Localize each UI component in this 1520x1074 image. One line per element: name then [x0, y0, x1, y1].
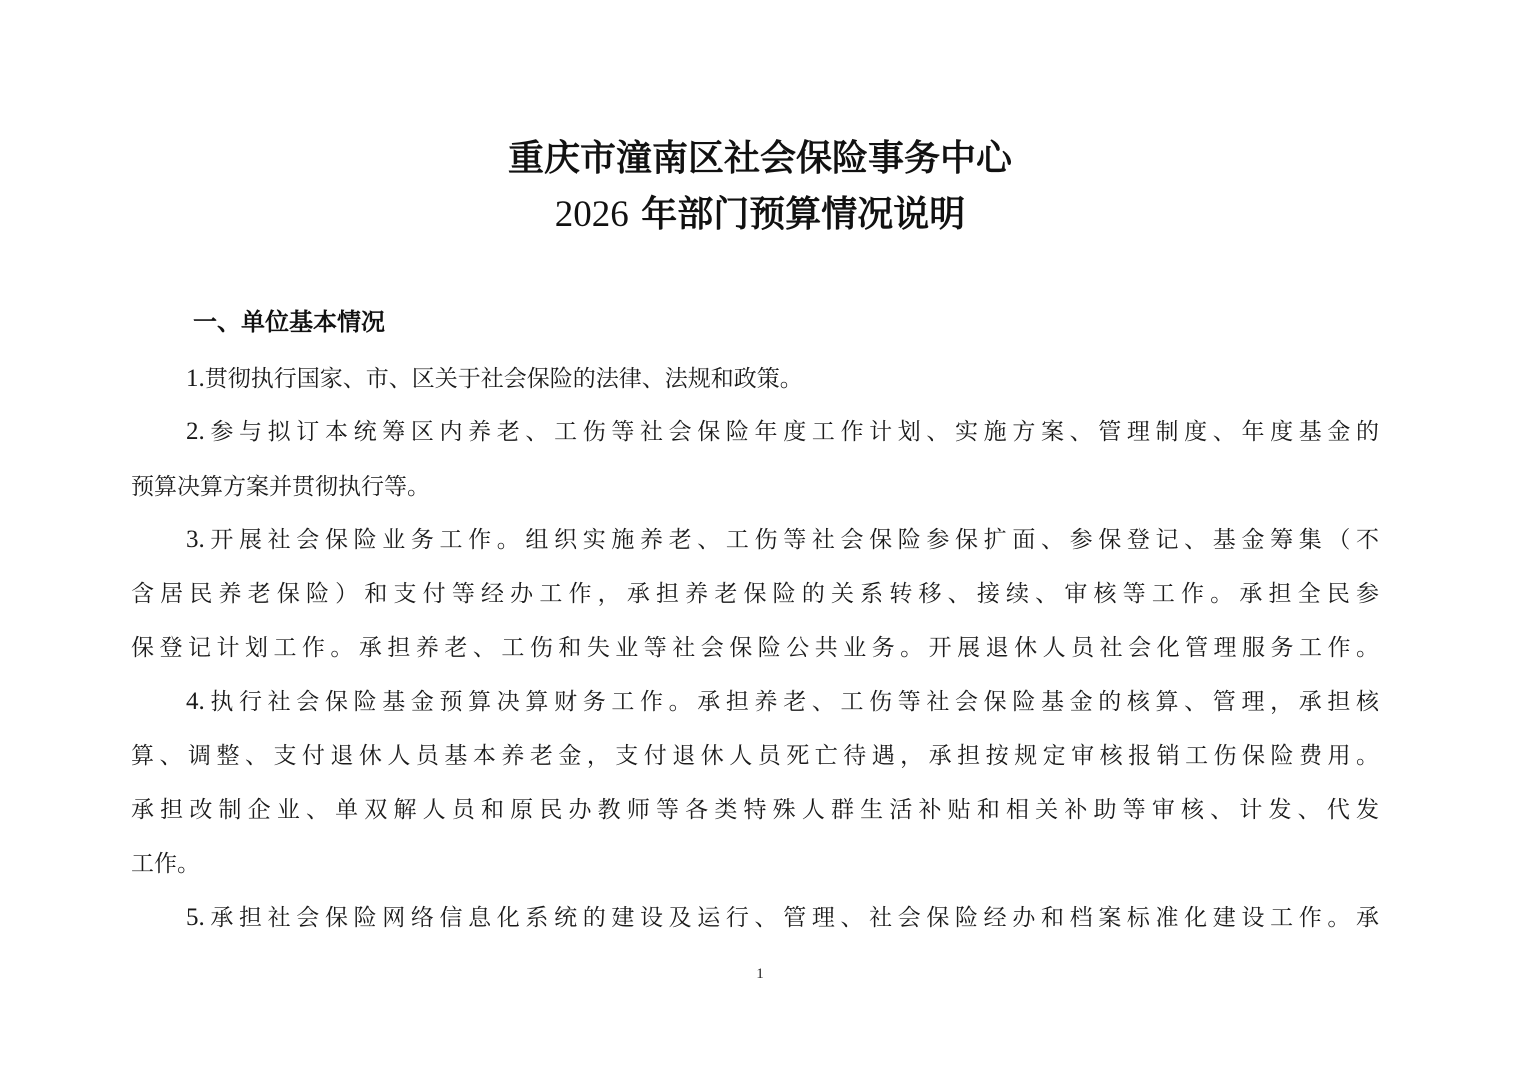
paragraph-3-line-3: 保登记计划工作。承担养老、工伤和失业等社会保险公共业务。开展退休人员社会化管理服… — [131, 632, 1379, 664]
paragraph-5-line-1: 5.承担社会保险网络信息化系统的建设及运行、管理、社会保险经办和档案标准化建设工… — [186, 902, 1379, 934]
document-title-line2: 2026 年部门预算情况说明 — [0, 194, 1520, 235]
paragraph-text: 承担社会保险网络信息化系统的建设及运行、管理、社会保险经办和档案标准化建设工作。… — [205, 905, 1379, 931]
paragraph-3-line-2: 含居民养老保险）和支付等经办工作，承担养老保险的关系转移、接续、审核等工作。承担… — [131, 578, 1379, 610]
paragraph-text: 执行社会保险基金预算决算财务工作。承担养老、工伤等社会保险基金的核算、管理，承担… — [205, 689, 1379, 715]
paragraph-3-line-1: 3.开展社会保险业务工作。组织实施养老、工伤等社会保险参保扩面、参保登记、基金筹… — [186, 524, 1379, 556]
paragraph-4-line-3: 承担改制企业、单双解人员和原民办教师等各类特殊人群生活补贴和相关补助等审核、计发… — [131, 794, 1379, 826]
paragraph-number: 4. — [186, 688, 205, 715]
section-heading: 一、单位基本情况 — [193, 306, 385, 338]
paragraph-4-line-2: 算、调整、支付退休人员基本养老金，支付退休人员死亡待遇，承担按规定审核报销工伤保… — [131, 740, 1379, 772]
paragraph-4-line-1: 4.执行社会保险基金预算决算财务工作。承担养老、工伤等社会保险基金的核算、管理，… — [186, 686, 1379, 718]
title-line2-text: 年部门预算情况说明 — [629, 193, 966, 235]
document-title-line1: 重庆市潼南区社会保险事务中心 — [0, 138, 1520, 178]
paragraph-number: 5. — [186, 904, 205, 931]
paragraph-1-line-1: 1.贯彻执行国家、市、区关于社会保险的法律、法规和政策。 — [186, 363, 803, 395]
title-year: 2026 — [555, 194, 629, 235]
paragraph-4-line-4: 工作。 — [131, 848, 200, 880]
page-number: 1 — [0, 966, 1520, 983]
paragraph-text: 参与拟订本统筹区内养老、工伤等社会保险年度工作计划、实施方案、管理制度、年度基金… — [205, 419, 1379, 445]
paragraph-2-line-2: 预算决算方案并贯彻执行等。 — [131, 471, 430, 503]
paragraph-2-line-1: 2.参与拟订本统筹区内养老、工伤等社会保险年度工作计划、实施方案、管理制度、年度… — [186, 416, 1379, 448]
paragraph-number: 2. — [186, 418, 205, 445]
paragraph-number: 3. — [186, 526, 205, 553]
paragraph-number: 1. — [186, 365, 205, 392]
paragraph-text: 贯彻执行国家、市、区关于社会保险的法律、法规和政策。 — [205, 366, 803, 392]
paragraph-text: 开展社会保险业务工作。组织实施养老、工伤等社会保险参保扩面、参保登记、基金筹集（… — [205, 527, 1379, 553]
document-page: 重庆市潼南区社会保险事务中心 2026 年部门预算情况说明 一、单位基本情况 1… — [0, 0, 1520, 1074]
